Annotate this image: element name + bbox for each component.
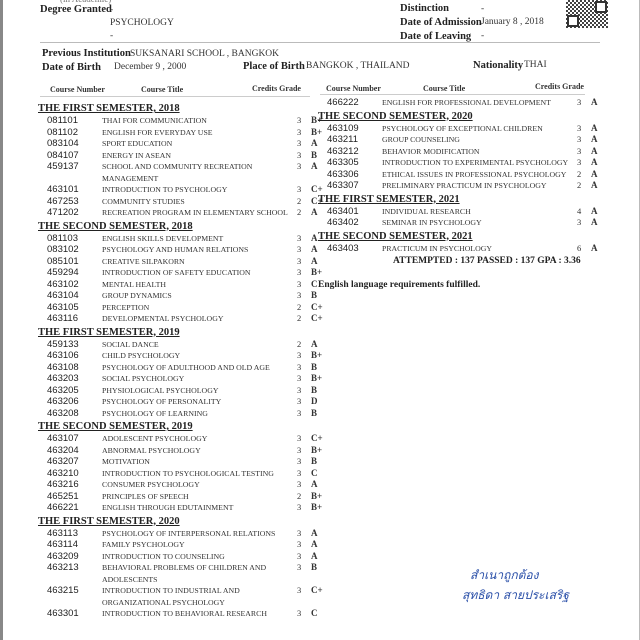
left-header-course-title: Course Title xyxy=(141,85,183,94)
prev-institution-value: SUKSANARI SCHOOL , BANGKOK xyxy=(130,49,279,59)
pob-value: BANGKOK , THAILAND xyxy=(306,61,410,71)
course-title: SOCIAL PSYCHOLOGY xyxy=(102,373,297,385)
left-course-column: THE FIRST SEMESTER, 2018081101THAI FOR C… xyxy=(38,101,331,620)
course-number: 081101 xyxy=(38,115,102,127)
qr-code-icon xyxy=(566,0,608,28)
right-header-divider xyxy=(320,94,585,95)
course-grade: A xyxy=(591,243,611,255)
course-row: 467253COMMUNITY STUDIES2C+ xyxy=(38,196,331,208)
course-credits: 3 xyxy=(297,562,311,585)
course-credits: 6 xyxy=(577,243,591,255)
course-title: PSYCHOLOGY OF EXCEPTIONAL CHILDREN xyxy=(382,123,577,135)
course-row: 466221ENGLISH THROUGH EDUTAINMENT3B+ xyxy=(38,502,331,514)
course-title: FAMILY PSYCHOLOGY xyxy=(102,539,297,551)
course-title: INTRODUCTION TO BEHAVIORAL RESEARCH xyxy=(102,608,297,620)
semester-heading: THE FIRST SEMESTER, 2019 xyxy=(38,327,331,338)
left-header-course-number: Course Number xyxy=(50,85,105,94)
course-title: COMMUNITY STUDIES xyxy=(102,196,297,208)
course-title: INDIVIDUAL RESEARCH xyxy=(382,206,577,218)
course-grade: C+ xyxy=(311,313,331,325)
credit-summary: ATTEMPTED : 137 PASSED : 137 GPA : 3.36 xyxy=(393,256,611,266)
semester-heading: THE FIRST SEMESTER, 2021 xyxy=(318,194,611,205)
course-row: 463215INTRODUCTION TO INDUSTRIAL AND ORG… xyxy=(38,585,331,608)
course-grade: A xyxy=(591,169,611,181)
course-credits: 3 xyxy=(297,551,311,563)
course-credits: 3 xyxy=(297,608,311,620)
distinction-label: Distinction xyxy=(400,3,449,14)
course-row: 463205PHYSIOLOGICAL PSYCHOLOGY3B xyxy=(38,385,331,397)
course-title: INTRODUCTION TO INDUSTRIAL AND ORGANIZAT… xyxy=(102,585,297,608)
course-title: MOTIVATION xyxy=(102,456,297,468)
minor-value: - xyxy=(110,31,113,41)
course-grade: A xyxy=(591,206,611,218)
nationality-value: THAI xyxy=(524,60,547,70)
course-grade: C+ xyxy=(311,585,331,608)
course-row: 085101CREATIVE SILPAKORN3A xyxy=(38,256,331,268)
course-grade: A xyxy=(591,217,611,229)
course-grade: B xyxy=(311,385,331,397)
semester-heading: THE FIRST SEMESTER, 2020 xyxy=(38,516,331,527)
course-row: 463108PSYCHOLOGY OF ADULTHOOD AND OLD AG… xyxy=(38,362,331,374)
course-credits: 3 xyxy=(577,146,591,158)
course-grade: A xyxy=(311,551,331,563)
course-number: 463210 xyxy=(38,468,102,480)
course-number: 467253 xyxy=(38,196,102,208)
course-credits: 2 xyxy=(297,196,311,208)
course-title: ENGLISH FOR PROFESSIONAL DEVELOPMENT xyxy=(382,97,577,109)
course-title: ENGLISH THROUGH EDUTAINMENT xyxy=(102,502,297,514)
right-header-course-title: Course Title xyxy=(423,84,465,93)
course-grade: D xyxy=(311,396,331,408)
course-title: PSYCHOLOGY OF LEARNING xyxy=(102,408,297,420)
right-course-list: 466222ENGLISH FOR PROFESSIONAL DEVELOPME… xyxy=(318,97,611,254)
right-course-column: 466222ENGLISH FOR PROFESSIONAL DEVELOPME… xyxy=(318,97,611,290)
course-credits: 3 xyxy=(297,115,311,127)
course-credits: 3 xyxy=(297,539,311,551)
course-title: CREATIVE SILPAKORN xyxy=(102,256,297,268)
course-title: PSYCHOLOGY OF INTERPERSONAL RELATIONS xyxy=(102,528,297,540)
course-row: 463109PSYCHOLOGY OF EXCEPTIONAL CHILDREN… xyxy=(318,123,611,135)
course-credits: 3 xyxy=(297,350,311,362)
course-title: INTRODUCTION OF SAFETY EDUCATION xyxy=(102,267,297,279)
course-row: 463213BEHAVIORAL PROBLEMS OF CHILDREN AN… xyxy=(38,562,331,585)
course-number: 459133 xyxy=(38,339,102,351)
course-number: 463207 xyxy=(38,456,102,468)
course-row: 463301INTRODUCTION TO BEHAVIORAL RESEARC… xyxy=(38,608,331,620)
course-credits: 2 xyxy=(577,169,591,181)
semester-heading: THE SECOND SEMESTER, 2021 xyxy=(318,231,611,242)
signature-name: สุทธิดา สายประเสริฐ xyxy=(462,585,569,605)
course-row: 463104GROUP DYNAMICS3B xyxy=(38,290,331,302)
course-title: BEHAVIOR MODIFICATION xyxy=(382,146,577,158)
course-title: INTRODUCTION TO PSYCHOLOGY xyxy=(102,184,297,196)
course-row: 463401INDIVIDUAL RESEARCH4A xyxy=(318,206,611,218)
course-credits: 3 xyxy=(297,362,311,374)
course-credits: 3 xyxy=(577,123,591,135)
course-credits: 3 xyxy=(297,396,311,408)
course-row: 463403PRACTICUM IN PSYCHOLOGY6A xyxy=(318,243,611,255)
course-grade: B xyxy=(311,562,331,585)
course-number: 471202 xyxy=(38,207,102,219)
course-number: 463105 xyxy=(38,302,102,314)
course-number: 463102 xyxy=(38,279,102,291)
course-credits: 3 xyxy=(297,528,311,540)
course-number: 081103 xyxy=(38,233,102,245)
course-number: 459137 xyxy=(38,161,102,184)
course-credits: 3 xyxy=(297,244,311,256)
course-title: PSYCHOLOGY OF ADULTHOOD AND OLD AGE xyxy=(102,362,297,374)
course-number: 463213 xyxy=(38,562,102,585)
course-grade: C+ xyxy=(311,302,331,314)
course-title: SEMINAR IN PSYCHOLOGY xyxy=(382,217,577,229)
course-title: SOCIAL DANCE xyxy=(102,339,297,351)
certified-copy-text: สำเนาถูกต้อง xyxy=(462,565,569,585)
course-row: 463209INTRODUCTION TO COUNSELING3A xyxy=(38,551,331,563)
leaving-value: - xyxy=(481,31,484,41)
course-grade: C xyxy=(311,468,331,480)
course-number: 084107 xyxy=(38,150,102,162)
course-row: 463306ETHICAL ISSUES IN PROFESSIONAL PSY… xyxy=(318,169,611,181)
scan-edge-left xyxy=(0,0,3,640)
course-credits: 2 xyxy=(577,180,591,192)
course-grade: B+ xyxy=(311,502,331,514)
course-row: 463204ABNORMAL PSYCHOLOGY3B+ xyxy=(38,445,331,457)
leaving-label: Date of Leaving xyxy=(400,31,471,42)
course-row: 463307PRELIMINARY PRACTICUM IN PSYCHOLOG… xyxy=(318,180,611,192)
course-credits: 3 xyxy=(577,97,591,109)
course-row: 465251PRINCIPLES OF SPEECH2B+ xyxy=(38,491,331,503)
course-title: CONSUMER PSYCHOLOGY xyxy=(102,479,297,491)
course-credits: 2 xyxy=(297,491,311,503)
course-title: PSYCHOLOGY OF PERSONALITY xyxy=(102,396,297,408)
course-credits: 3 xyxy=(297,233,311,245)
course-title: INTRODUCTION TO COUNSELING xyxy=(102,551,297,563)
course-grade: B+ xyxy=(311,373,331,385)
course-title: PRELIMINARY PRACTICUM IN PSYCHOLOGY xyxy=(382,180,577,192)
course-number: 463108 xyxy=(38,362,102,374)
course-row: 463101INTRODUCTION TO PSYCHOLOGY3C+ xyxy=(38,184,331,196)
course-grade: B xyxy=(311,290,331,302)
course-title: ENERGY IN ASEAN xyxy=(102,150,297,162)
left-header-divider xyxy=(40,96,310,97)
course-row: 463211GROUP COUNSELING3A xyxy=(318,134,611,146)
course-grade: A xyxy=(591,180,611,192)
course-number: 463106 xyxy=(38,350,102,362)
prev-institution-label: Previous Institution xyxy=(42,48,131,59)
course-number: 083102 xyxy=(38,244,102,256)
nationality-label: Nationality xyxy=(473,60,523,71)
distinction-value: - xyxy=(481,4,484,14)
course-credits: 2 xyxy=(297,313,311,325)
right-header-credits-grade: Credits Grade xyxy=(535,82,584,91)
course-row: 463105PERCEPTION2C+ xyxy=(38,302,331,314)
course-credits: 3 xyxy=(297,585,311,608)
course-credits: 3 xyxy=(297,408,311,420)
course-number: 463113 xyxy=(38,528,102,540)
course-row: 463107ADOLESCENT PSYCHOLOGY3C+ xyxy=(38,433,331,445)
course-number: 463403 xyxy=(318,243,382,255)
course-row: 463106CHILD PSYCHOLOGY3B+ xyxy=(38,350,331,362)
course-row: 463207MOTIVATION3B xyxy=(38,456,331,468)
course-row: 463305INTRODUCTION TO EXPERIMENTAL PSYCH… xyxy=(318,157,611,169)
course-grade: B+ xyxy=(311,445,331,457)
course-number: 463109 xyxy=(318,123,382,135)
course-row: 463206PSYCHOLOGY OF PERSONALITY3D xyxy=(38,396,331,408)
course-title: SPORT EDUCATION xyxy=(102,138,297,150)
course-credits: 3 xyxy=(297,138,311,150)
course-credits: 4 xyxy=(577,206,591,218)
course-number: 463301 xyxy=(38,608,102,620)
course-row: 463203SOCIAL PSYCHOLOGY3B+ xyxy=(38,373,331,385)
left-header-credits-grade: Credits Grade xyxy=(252,84,301,93)
course-title: THAI FOR COMMUNICATION xyxy=(102,115,297,127)
course-row: 463216CONSUMER PSYCHOLOGY3A xyxy=(38,479,331,491)
dob-label: Date of Birth xyxy=(42,62,101,73)
course-credits: 3 xyxy=(297,502,311,514)
course-title: PHYSIOLOGICAL PSYCHOLOGY xyxy=(102,385,297,397)
course-title: ABNORMAL PSYCHOLOGY xyxy=(102,445,297,457)
course-grade: A xyxy=(591,123,611,135)
course-credits: 3 xyxy=(297,127,311,139)
course-number: 463306 xyxy=(318,169,382,181)
course-grade: A xyxy=(311,339,331,351)
course-number: 083104 xyxy=(38,138,102,150)
course-grade: A xyxy=(311,539,331,551)
course-number: 463401 xyxy=(318,206,382,218)
course-title: ENGLISH FOR EVERYDAY USE xyxy=(102,127,297,139)
course-credits: 3 xyxy=(297,456,311,468)
course-title: SCHOOL AND COMMUNITY RECREATION MANAGEME… xyxy=(102,161,297,184)
course-grade: A xyxy=(311,528,331,540)
english-requirement-note: English language requirements fulfilled. xyxy=(318,280,611,290)
course-title: PRACTICUM IN PSYCHOLOGY xyxy=(382,243,577,255)
course-grade: A xyxy=(591,97,611,109)
course-number: 463206 xyxy=(38,396,102,408)
major-value: PSYCHOLOGY xyxy=(110,18,174,28)
course-title: BEHAVIORAL PROBLEMS OF CHILDREN AND ADOL… xyxy=(102,562,297,585)
course-credits: 3 xyxy=(577,217,591,229)
course-grade: B xyxy=(311,408,331,420)
course-number: 463305 xyxy=(318,157,382,169)
course-title: GROUP COUNSELING xyxy=(382,134,577,146)
course-row: 083104SPORT EDUCATION3A xyxy=(38,138,331,150)
course-number: 463307 xyxy=(318,180,382,192)
course-title: PSYCHOLOGY AND HUMAN RELATIONS xyxy=(102,244,297,256)
course-title: ETHICAL ISSUES IN PROFESSIONAL PSYCHOLOG… xyxy=(382,169,577,181)
course-credits: 3 xyxy=(297,373,311,385)
course-grade: A xyxy=(591,146,611,158)
course-credits: 3 xyxy=(297,290,311,302)
course-title: ADOLESCENT PSYCHOLOGY xyxy=(102,433,297,445)
course-number: 085101 xyxy=(38,256,102,268)
semester-heading: THE SECOND SEMESTER, 2018 xyxy=(38,221,331,232)
course-title: CHILD PSYCHOLOGY xyxy=(102,350,297,362)
course-credits: 2 xyxy=(297,207,311,219)
course-number: 466222 xyxy=(318,97,382,109)
course-grade: A xyxy=(591,134,611,146)
semester-heading: THE FIRST SEMESTER, 2018 xyxy=(38,103,331,114)
course-credits: 3 xyxy=(297,150,311,162)
course-row: 459294INTRODUCTION OF SAFETY EDUCATION3B… xyxy=(38,267,331,279)
course-number: 463402 xyxy=(318,217,382,229)
course-row: 463208PSYCHOLOGY OF LEARNING3B xyxy=(38,408,331,420)
course-number: 463107 xyxy=(38,433,102,445)
course-number: 463104 xyxy=(38,290,102,302)
course-title: RECREATION PROGRAM IN ELEMENTARY SCHOOL xyxy=(102,207,297,219)
course-credits: 2 xyxy=(297,339,311,351)
course-credits: 3 xyxy=(297,279,311,291)
course-row: 459137SCHOOL AND COMMUNITY RECREATION MA… xyxy=(38,161,331,184)
course-grade: B+ xyxy=(311,491,331,503)
course-number: 463116 xyxy=(38,313,102,325)
course-number: 463114 xyxy=(38,539,102,551)
course-title: DEVELOPMENTAL PSYCHOLOGY xyxy=(102,313,297,325)
admission-value: January 8 , 2018 xyxy=(481,17,544,27)
course-grade: C xyxy=(311,608,331,620)
course-row: 463113PSYCHOLOGY OF INTERPERSONAL RELATI… xyxy=(38,528,331,540)
course-row: 466222ENGLISH FOR PROFESSIONAL DEVELOPME… xyxy=(318,97,611,109)
course-grade: B xyxy=(311,456,331,468)
course-title: INTRODUCTION TO EXPERIMENTAL PSYCHOLOGY xyxy=(382,157,577,169)
course-row: 459133SOCIAL DANCE2A xyxy=(38,339,331,351)
course-row: 084107ENERGY IN ASEAN3B xyxy=(38,150,331,162)
course-row: 083102PSYCHOLOGY AND HUMAN RELATIONS3A xyxy=(38,244,331,256)
course-grade: B+ xyxy=(311,350,331,362)
right-header-course-number: Course Number xyxy=(326,84,381,93)
course-number: 463204 xyxy=(38,445,102,457)
course-title: ENGLISH SKILLS DEVELOPMENT xyxy=(102,233,297,245)
header-divider xyxy=(40,42,600,43)
course-grade: C+ xyxy=(311,433,331,445)
semester-heading: THE SECOND SEMESTER, 2020 xyxy=(318,111,611,122)
course-number: 463216 xyxy=(38,479,102,491)
course-grade: A xyxy=(311,479,331,491)
course-grade: B xyxy=(311,362,331,374)
course-number: 459294 xyxy=(38,267,102,279)
course-credits: 3 xyxy=(297,479,311,491)
course-credits: 2 xyxy=(297,302,311,314)
course-number: 465251 xyxy=(38,491,102,503)
course-title: INTRODUCTION TO PSYCHOLOGICAL TESTING xyxy=(102,468,297,480)
course-number: 463212 xyxy=(318,146,382,158)
course-credits: 3 xyxy=(577,157,591,169)
admission-label: Date of Admission xyxy=(400,17,482,28)
course-row: 081101THAI FOR COMMUNICATION3B+ xyxy=(38,115,331,127)
course-credits: 3 xyxy=(297,267,311,279)
course-row: 463402SEMINAR IN PSYCHOLOGY3A xyxy=(318,217,611,229)
course-title: PERCEPTION xyxy=(102,302,297,314)
course-row: 463210INTRODUCTION TO PSYCHOLOGICAL TEST… xyxy=(38,468,331,480)
course-title: PRINCIPLES OF SPEECH xyxy=(102,491,297,503)
course-grade: A xyxy=(591,157,611,169)
handwritten-certification: สำเนาถูกต้อง สุทธิดา สายประเสริฐ xyxy=(462,565,569,605)
course-number: 463205 xyxy=(38,385,102,397)
course-credits: 3 xyxy=(297,256,311,268)
course-row: 463116DEVELOPMENTAL PSYCHOLOGY2C+ xyxy=(38,313,331,325)
course-row: 081103ENGLISH SKILLS DEVELOPMENT3A xyxy=(38,233,331,245)
course-credits: 3 xyxy=(297,161,311,184)
course-number: 463203 xyxy=(38,373,102,385)
dob-value: December 9 , 2000 xyxy=(114,62,186,72)
course-credits: 3 xyxy=(297,433,311,445)
course-row: 463102MENTAL HEALTH3C xyxy=(38,279,331,291)
course-credits: 3 xyxy=(297,385,311,397)
course-credits: 3 xyxy=(297,445,311,457)
course-number: 463208 xyxy=(38,408,102,420)
course-row: 463212BEHAVIOR MODIFICATION3A xyxy=(318,146,611,158)
course-number: 466221 xyxy=(38,502,102,514)
course-title: GROUP DYNAMICS xyxy=(102,290,297,302)
course-row: 081102ENGLISH FOR EVERYDAY USE3B+ xyxy=(38,127,331,139)
course-row: 471202RECREATION PROGRAM IN ELEMENTARY S… xyxy=(38,207,331,219)
course-number: 463209 xyxy=(38,551,102,563)
course-credits: 3 xyxy=(297,184,311,196)
course-number: 463215 xyxy=(38,585,102,608)
course-number: 463101 xyxy=(38,184,102,196)
course-row: 463114FAMILY PSYCHOLOGY3A xyxy=(38,539,331,551)
semester-heading: THE SECOND SEMESTER, 2019 xyxy=(38,421,331,432)
degree-granted-label: Degree Granted xyxy=(40,4,112,15)
course-number: 463211 xyxy=(318,134,382,146)
course-credits: 3 xyxy=(297,468,311,480)
course-title: MENTAL HEALTH xyxy=(102,279,297,291)
course-number: 081102 xyxy=(38,127,102,139)
course-credits: 3 xyxy=(577,134,591,146)
degree-granted-value: - xyxy=(110,5,113,15)
pob-label: Place of Birth xyxy=(243,61,305,72)
